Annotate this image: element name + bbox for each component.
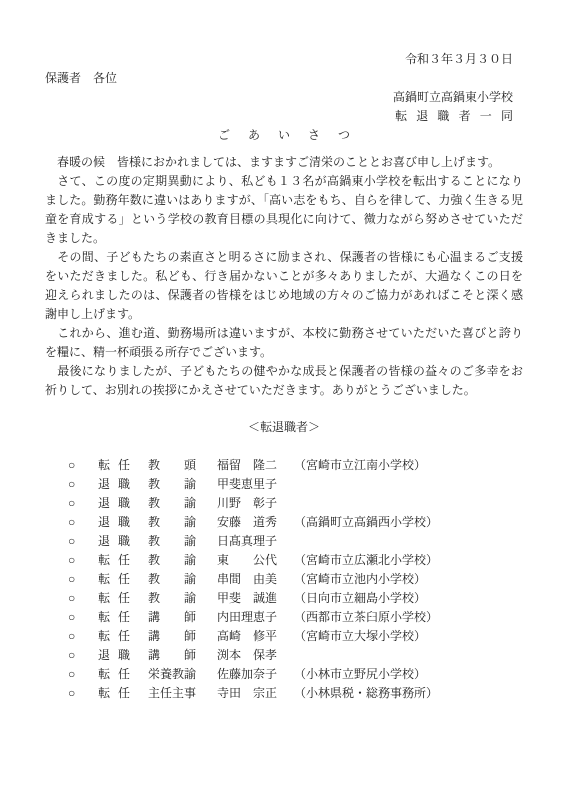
roster-row: ○ 退職 教諭 甲斐恵里子 [45,475,523,494]
roster-bullet: ○ [68,684,81,703]
roster-bullet: ○ [68,570,81,589]
roster-bullet: ○ [68,608,81,627]
roster-role: 講師 [148,627,196,646]
roster-row: ○ 転任 教諭 甲斐 誠進 （日向市立細島小学校） [45,589,523,608]
roster-name: 川野 彰子 [217,494,289,513]
roster-row: ○ 転任 講師 内田理恵子 （西都市立茶臼原小学校） [45,608,523,627]
letter-title-line: ごあいさつ [45,126,523,145]
letter-title: ごあいさつ [218,128,368,142]
roster-name: 甲斐 誠進 [217,589,289,608]
roster-bullet: ○ [68,494,81,513]
roster-heading: ＜転退職者＞ [248,420,320,434]
roster-destination: （西都市立茶臼原小学校） [294,610,438,624]
roster-role: 栄養教諭 [148,665,196,684]
roster-bullet: ○ [68,475,81,494]
roster-name: 串間 由美 [217,570,289,589]
roster-row: ○ 転任 教諭 串間 由美 （宮崎市立池内小学校） [45,570,523,589]
sender-block: 高鍋町立高鍋東小学校 転退職者一同 [45,88,523,126]
roster-heading-line: ＜転退職者＞ [45,418,523,437]
roster-row: ○ 退職 教諭 日髙真理子 [45,532,523,551]
roster-bullet: ○ [68,589,81,608]
body-paragraph: これから、進む道、勤務場所は違いますが、本校に勤務させていただいた喜びと誇りを糧… [45,324,523,362]
roster-name: 佐藤加奈子 [217,665,289,684]
body-paragraph: さて、この度の定期異動により、私ども１３名が高鍋東小学校を転出することになりまし… [45,172,523,248]
roster-status: 転任 [98,665,130,684]
roster-status: 転任 [98,684,130,703]
body-paragraph: その間、子どもたちの素直さと明るさに励まされ、保護者の皆様にも心温まるご支援をい… [45,248,523,324]
roster-row: ○ 転任 講師 高崎 修平 （宮崎市立大塚小学校） [45,627,523,646]
letter-body: 春暖の候 皆様におかれましては、ますますご清栄のこととお喜び申し上げます。 さて… [45,153,523,400]
roster-name: 東 公代 [217,551,289,570]
sender-group-line: 転退職者一同 [45,107,513,126]
roster-name: 高崎 修平 [217,627,289,646]
roster-destination: （高鍋町立高鍋西小学校） [294,515,438,529]
roster-status: 転任 [98,608,130,627]
roster-row: ○ 転任 教諭 東 公代 （宮崎市立広瀬北小学校） [45,551,523,570]
roster-role: 主任主事 [148,684,196,703]
roster-bullet: ○ [68,513,81,532]
roster-destination: （宮崎市立広瀬北小学校） [294,553,438,567]
roster-role: 教諭 [148,494,196,513]
roster-name: 福留 隆二 [217,456,289,475]
sender-group: 転退職者一同 [395,107,513,126]
roster-destination: （日向市立細島小学校） [294,591,426,605]
roster-list: ○ 転任 教頭 福留 隆二 （宮崎市立江南小学校） ○ 退職 教諭 甲斐恵里子 … [45,456,523,703]
roster-status: 退職 [98,532,130,551]
roster-name: 甲斐恵里子 [217,475,289,494]
document-page: 令和３年３月３０日 保護者 各位 高鍋町立高鍋東小学校 転退職者一同 ごあいさつ… [0,0,566,800]
roster-name: 寺田 宗正 [217,684,289,703]
roster-role: 教諭 [148,589,196,608]
roster-bullet: ○ [68,532,81,551]
roster-row: ○ 転任 栄養教諭 佐藤加奈子 （小林市立野尻小学校） [45,665,523,684]
roster-row: ○ 転任 教頭 福留 隆二 （宮崎市立江南小学校） [45,456,523,475]
roster-status: 退職 [98,513,130,532]
date-line: 令和３年３月３０日 [45,50,523,69]
roster-role: 教頭 [148,456,196,475]
roster-status: 退職 [98,494,130,513]
roster-role: 講師 [148,608,196,627]
roster-bullet: ○ [68,665,81,684]
roster-role: 教諭 [148,475,196,494]
roster-destination: （宮崎市立池内小学校） [294,572,426,586]
body-paragraph: 最後になりましたが、子どもたちの健やかな成長と保護者の皆様の益々のご多幸をお祈り… [45,362,523,400]
roster-destination: （小林県税・総務事務所） [294,686,438,700]
roster-name: 内田理恵子 [217,608,289,627]
roster-status: 転任 [98,589,130,608]
roster-status: 退職 [98,475,130,494]
roster-status: 転任 [98,551,130,570]
recipient-line: 保護者 各位 [45,69,523,88]
roster-status: 転任 [98,627,130,646]
roster-name: 渕本 保孝 [217,646,289,665]
roster-bullet: ○ [68,627,81,646]
roster-role: 講師 [148,646,196,665]
roster-status: 転任 [98,456,130,475]
roster-row: ○ 退職 教諭 安藤 道秀 （高鍋町立高鍋西小学校） [45,513,523,532]
body-paragraph: 春暖の候 皆様におかれましては、ますますご清栄のこととお喜び申し上げます。 [45,153,523,172]
roster-row: ○ 退職 講師 渕本 保孝 [45,646,523,665]
sender-org: 高鍋町立高鍋東小学校 [45,88,513,107]
roster-role: 教諭 [148,570,196,589]
roster-row: ○ 転任 主任主事 寺田 宗正 （小林県税・総務事務所） [45,684,523,703]
roster-destination: （宮崎市立大塚小学校） [294,629,426,643]
roster-name: 日髙真理子 [217,532,289,551]
roster-row: ○ 退職 教諭 川野 彰子 [45,494,523,513]
roster-role: 教諭 [148,551,196,570]
roster-bullet: ○ [68,646,81,665]
roster-name: 安藤 道秀 [217,513,289,532]
roster-role: 教諭 [148,532,196,551]
roster-status: 転任 [98,570,130,589]
roster-status: 退職 [98,646,130,665]
roster-role: 教諭 [148,513,196,532]
roster-destination: （小林市立野尻小学校） [294,667,426,681]
roster-bullet: ○ [68,456,81,475]
roster-destination: （宮崎市立江南小学校） [294,458,426,472]
roster-bullet: ○ [68,551,81,570]
